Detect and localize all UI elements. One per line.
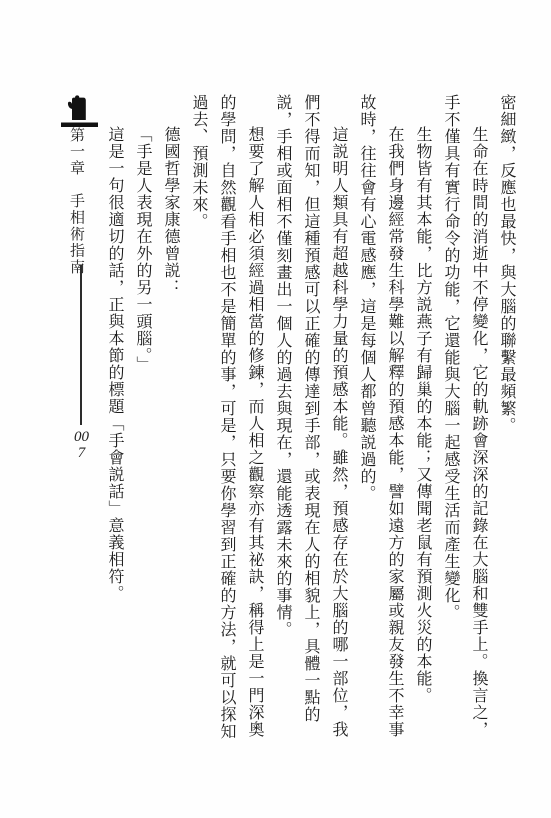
body-text: 密細緻，反應也最快，與大腦的聯繫最頻繁。 生命在時間的消逝中不停變化，它的軌跡會… [90,94,520,742]
paragraph-continuation: 密細緻，反應也最快，與大腦的聯繫最頻繁。 [492,94,520,742]
paragraph: 在我們身邊經常發生科學難以解釋的預感本能，譬如遠方的家屬或親友發生不幸事故時，往… [352,94,408,742]
sidebar-rule [80,265,82,425]
paragraph-quote: 「手是人表現在外的另一頭腦。」 [128,94,156,742]
page-number: 007 [73,429,90,461]
paragraph: 想要了解人相必須經過相當的修鍊，而人相之觀察亦有其祕訣，稱得上是一門深奧的學問，… [184,94,268,742]
paragraph: 德國哲學家康德曾説： [156,94,184,742]
chapter-title: 第一章 手相術指南 [66,127,87,276]
paragraph: 生物皆有其本能，比方説燕子有歸巢的本能；又傳聞老鼠有預測火災的本能。 [408,94,436,742]
book-page: 第一章 手相術指南 007 密細緻，反應也最快，與大腦的聯繫最頻繁。 生命在時間… [0,0,551,818]
paragraph: 生命在時間的消逝中不停變化，它的軌跡會深深的記錄在大腦和雙手上。換言之，手不僅具… [436,94,492,742]
paragraph: 這是一句很適切的話，正與本節的標題「手會説話」意義相符。 [100,94,128,742]
paragraph: 這説明人類具有超越科學力量的預感本能。雖然，預感存在於大腦的哪一部位，我們不得而… [268,94,352,742]
